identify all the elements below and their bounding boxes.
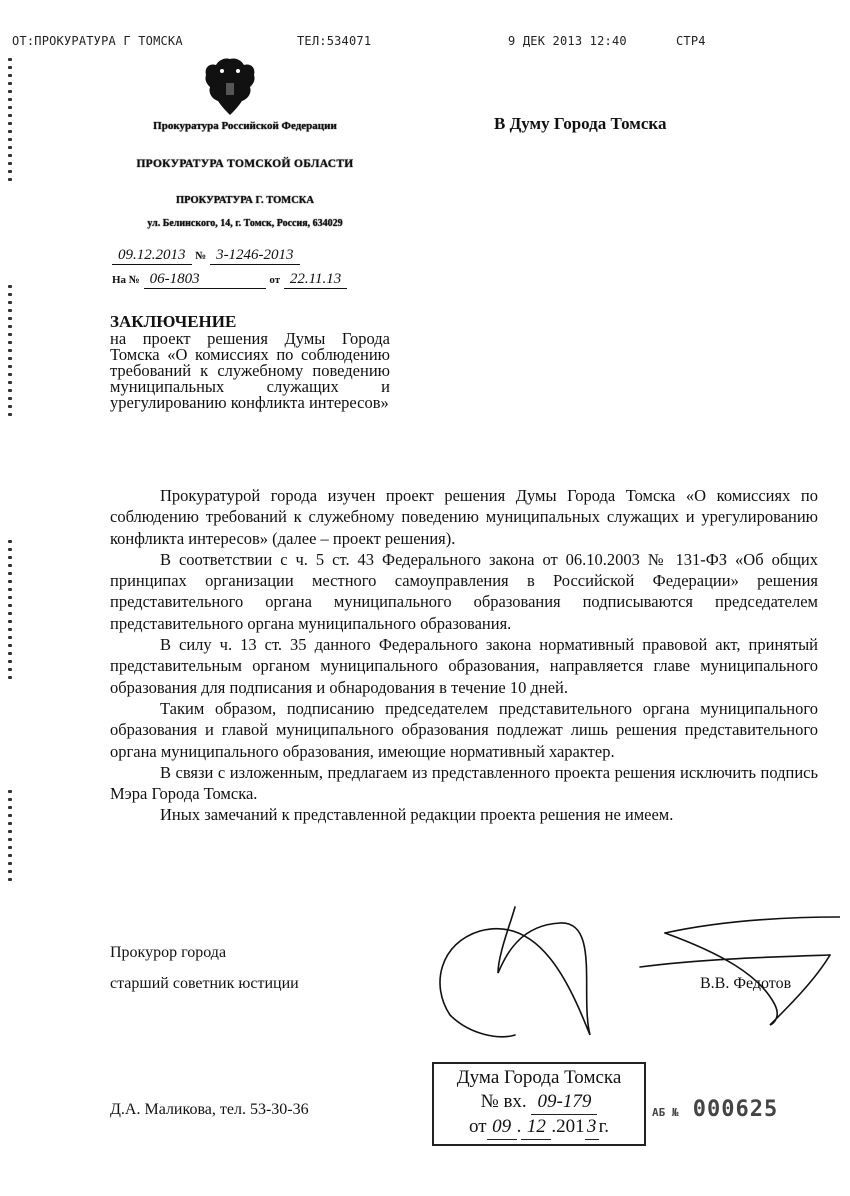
stamp-serial-number: АБ № 000625 bbox=[652, 1097, 778, 1122]
fax-datetime: 9 ДЕК 2013 12:40 bbox=[508, 34, 627, 48]
fax-phone: ТЕЛ:534071 bbox=[297, 34, 371, 48]
ref-from-label: от bbox=[269, 274, 280, 286]
body-paragraph: Таким образом, подписанию председателем … bbox=[110, 698, 818, 762]
incoming-registration-stamp: Дума Города Томска № вх. 09-179 от09.12.… bbox=[432, 1062, 646, 1146]
margin-marks-middle bbox=[8, 540, 16, 684]
number-label: № bbox=[195, 250, 206, 262]
margin-marks-lower bbox=[8, 790, 16, 886]
signer-position: Прокурор города bbox=[110, 944, 226, 962]
letterhead-regional-office: ПРОКУРАТУРА ТОМСКОЙ ОБЛАСТИ bbox=[120, 157, 370, 171]
fax-page: СТР4 bbox=[676, 34, 706, 48]
letterhead-address: ул. Белинского, 14, г. Томск, Россия, 63… bbox=[120, 218, 370, 230]
stamp-number-line: № вх. 09-179 bbox=[434, 1090, 644, 1115]
stamp-year-prefix: 201 bbox=[556, 1116, 585, 1137]
ref-date: 22.11.13 bbox=[284, 271, 347, 289]
stamp-serial-prefix: АБ № bbox=[652, 1106, 679, 1119]
body-paragraph: Иных замечаний к представленной редакции… bbox=[110, 804, 818, 825]
stamp-day: 09 bbox=[487, 1115, 517, 1140]
body-paragraph: В соответствии с ч. 5 ст. 43 Федеральног… bbox=[110, 549, 818, 634]
signer-rank: старший советник юстиции bbox=[110, 975, 299, 993]
margin-marks-upper bbox=[8, 285, 16, 421]
signer-name: В.В. Федотов bbox=[700, 975, 791, 993]
addressee: В Думу Города Томска bbox=[494, 114, 666, 134]
document-title-block: ЗАКЛЮЧЕНИЕ на проект решения Думы Города… bbox=[110, 313, 390, 411]
margin-marks-top bbox=[8, 58, 16, 186]
stamp-year-suffix: 3 bbox=[585, 1115, 599, 1140]
body-paragraph: В силу ч. 13 ст. 35 данного Федерального… bbox=[110, 634, 818, 698]
outgoing-date: 09.12.2013 bbox=[112, 247, 192, 265]
letterhead-agency: Прокуратура Российской Федерации bbox=[120, 120, 370, 133]
document-subtitle: на проект решения Думы Города Томска «О … bbox=[110, 331, 390, 411]
stamp-date-label: от bbox=[469, 1116, 487, 1137]
russian-coat-of-arms-icon bbox=[198, 55, 262, 117]
stamp-org: Дума Города Томска bbox=[434, 1066, 644, 1090]
executor-contact: Д.А. Маликова, тел. 53-30-36 bbox=[110, 1101, 309, 1119]
body-paragraph: В связи с изложенным, предлагаем из пред… bbox=[110, 762, 818, 805]
stamp-serial-value: 000625 bbox=[693, 1097, 778, 1122]
fax-sender: ОТ:ПРОКУРАТУРА Г ТОМСКА bbox=[12, 34, 183, 48]
stamp-date-line: от09.12.2013г. bbox=[434, 1115, 644, 1140]
document-body: Прокуратурой города изучен проект решени… bbox=[110, 485, 818, 826]
stamp-number: 09-179 bbox=[531, 1090, 597, 1115]
ref-label: На № bbox=[112, 274, 140, 286]
body-paragraph: Прокуратурой города изучен проект решени… bbox=[110, 485, 818, 549]
stamp-number-label: № вх. bbox=[481, 1091, 527, 1112]
reference-registration: На № 06-1803 от 22.11.13 bbox=[112, 271, 347, 289]
ref-number: 06-1803 bbox=[144, 271, 266, 289]
letterhead-city-office: ПРОКУРАТУРА Г. ТОМСКА bbox=[120, 195, 370, 206]
outgoing-registration: 09.12.2013 № 3-1246-2013 bbox=[112, 247, 300, 265]
stamp-year-end: г. bbox=[599, 1116, 609, 1137]
stamp-month: 12 bbox=[521, 1115, 551, 1140]
outgoing-number: 3-1246-2013 bbox=[210, 247, 300, 265]
